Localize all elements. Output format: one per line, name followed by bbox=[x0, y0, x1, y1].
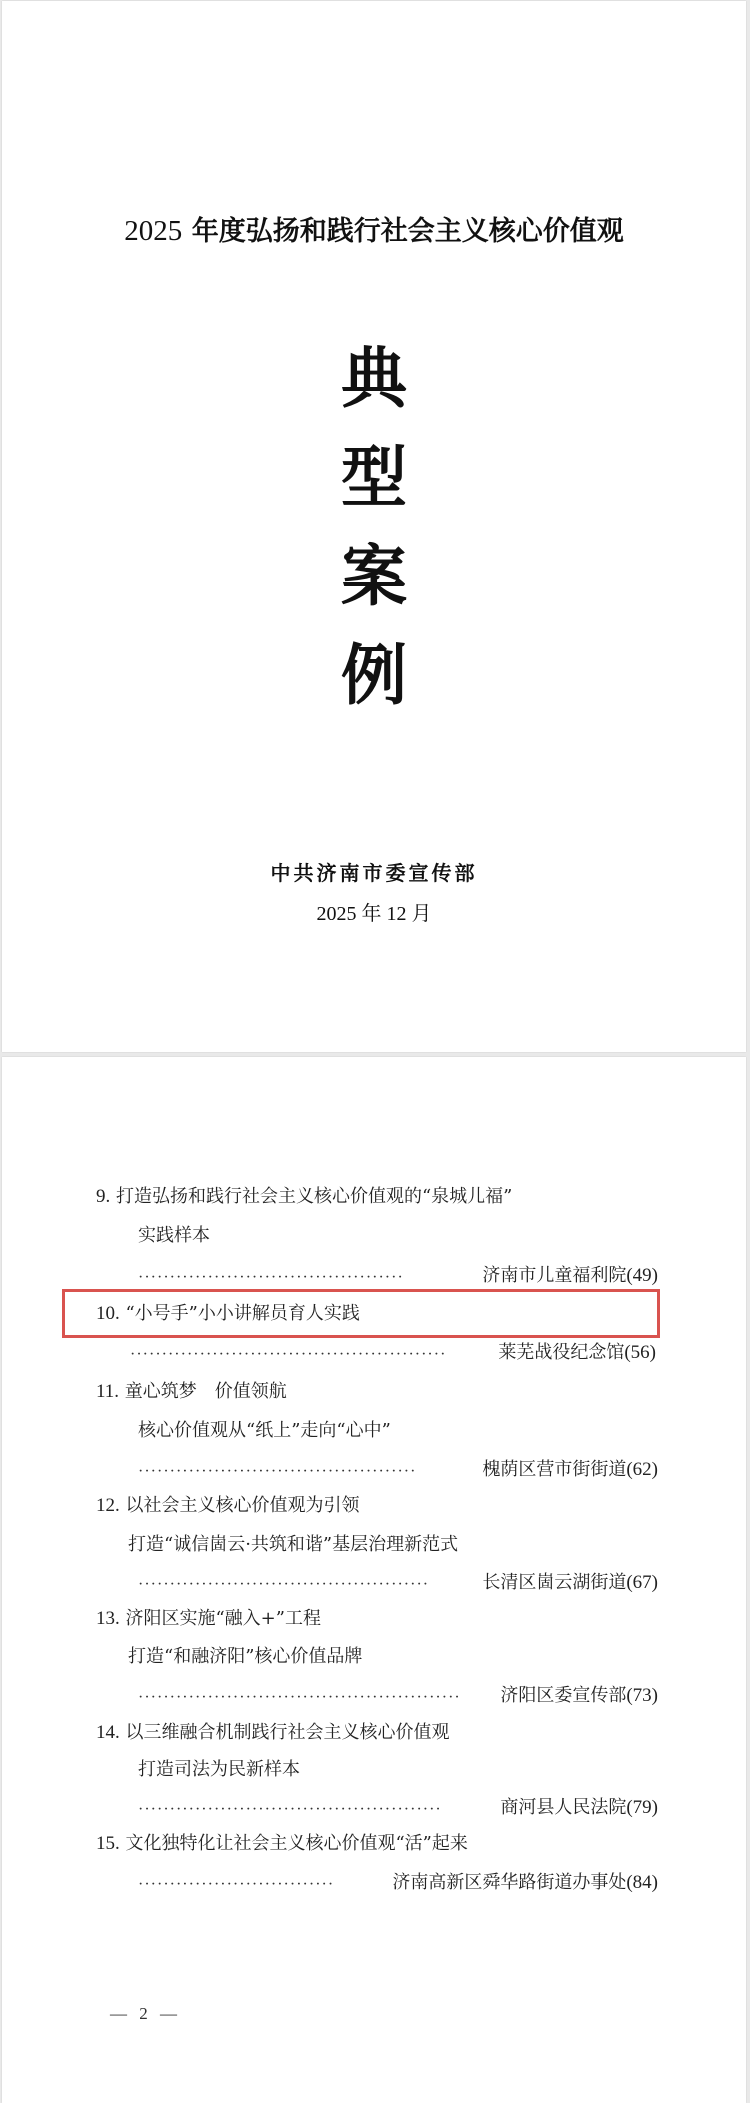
big-title-char-1: 典 bbox=[2, 345, 746, 411]
toc-entry-title: 9. 打造弘扬和践行社会主义核心价值观的“泉城儿福” bbox=[96, 1185, 512, 1209]
toc-entry-organization: 济阳区委宣传部 bbox=[500, 1681, 626, 1707]
toc-entry-title-line-2: 打造司法为民新样本 bbox=[138, 1758, 300, 1782]
toc-entry-organization: 济南市儿童福利院 bbox=[482, 1261, 626, 1287]
toc-entry-title: 12. 以社会主义核心价值观为引领 bbox=[96, 1494, 359, 1518]
cover-title-year: 2025 bbox=[124, 215, 182, 247]
cover-title: 2025 年度弘扬和践行社会主义核心价值观 bbox=[2, 209, 746, 248]
toc-entry-number: 9. bbox=[96, 1186, 110, 1207]
publisher-name: 中共济南市委宣传部 bbox=[2, 857, 746, 886]
toc-entry-leader-row: ········································… bbox=[130, 1340, 656, 1364]
toc-entry-organization: 长清区崮云湖街道 bbox=[482, 1568, 626, 1594]
dot-leader: ········································… bbox=[138, 1689, 500, 1707]
dot-leader: ········································… bbox=[138, 1463, 478, 1481]
toc-entry-number: 12. bbox=[96, 1495, 120, 1516]
big-title-char-4: 例 bbox=[2, 642, 746, 708]
toc-entry-organization: 济南高新区舜华路街道办事处 bbox=[392, 1868, 626, 1894]
toc-entry-organization: 商河县人民法院 bbox=[500, 1793, 626, 1819]
toc-entry-number: 10. bbox=[96, 1303, 120, 1324]
toc-entry-organization: 莱芜战役纪念馆 bbox=[498, 1338, 624, 1364]
big-title-char-2: 型 bbox=[2, 444, 746, 510]
toc-entry-page: (73) bbox=[626, 1685, 658, 1707]
dot-leader: ······························· bbox=[138, 1876, 388, 1894]
toc-entry-page: (67) bbox=[626, 1572, 658, 1594]
cover-page: 2025 年度弘扬和践行社会主义核心价值观 典 型 案 例 中共济南市委宣传部 … bbox=[2, 1, 746, 1052]
toc-page: 9. 打造弘扬和践行社会主义核心价值观的“泉城儿福” 实践样本 ········… bbox=[2, 1057, 746, 2103]
toc-entry-leader-row: ········································… bbox=[138, 1457, 658, 1481]
dot-leader: ········································… bbox=[138, 1801, 496, 1819]
page-number: — 2 — bbox=[110, 2004, 181, 2024]
toc-entry-title: 15. 文化独特化让社会主义核心价值观“活”起来 bbox=[96, 1832, 468, 1856]
toc-entry-page: (56) bbox=[624, 1342, 656, 1364]
toc-entry-leader-row: ········································… bbox=[138, 1263, 658, 1287]
toc-entry-organization: 槐荫区营市街街道 bbox=[482, 1455, 626, 1481]
toc-entry-number: 14. bbox=[96, 1722, 120, 1743]
cover-title-text: 年度弘扬和践行社会主义核心价值观 bbox=[192, 216, 624, 247]
dot-leader: ········································… bbox=[138, 1576, 482, 1594]
toc-entry-title: 11. 童心筑梦 价值领航 bbox=[96, 1380, 287, 1404]
big-title-char-3: 案 bbox=[2, 543, 746, 609]
toc-entry-page: (49) bbox=[626, 1265, 658, 1287]
toc-entry-title: 10. “小号手”小小讲解员育人实践 bbox=[96, 1302, 360, 1326]
toc-entry-leader-row: ········································… bbox=[138, 1683, 658, 1707]
toc-entry-title-line-2: 实践样本 bbox=[138, 1224, 210, 1248]
toc-entry-title-line-2: 打造“诚信崮云·共筑和谐”基层治理新范式 bbox=[128, 1533, 458, 1557]
dot-leader: ········································… bbox=[130, 1346, 498, 1364]
toc-entry-leader-row: ········································… bbox=[138, 1570, 658, 1594]
toc-entry-title-line-2: 打造“和融济阳”核心价值品牌 bbox=[128, 1645, 362, 1669]
dot-leader: ········································… bbox=[138, 1269, 478, 1287]
toc-entry-page: (79) bbox=[626, 1797, 658, 1819]
toc-entry-title: 13. 济阳区实施“融入+”工程 bbox=[96, 1607, 321, 1631]
toc-entry-leader-row: ········································… bbox=[138, 1795, 658, 1819]
toc-entry-title-line-2: 核心价值观从“纸上”走向“心中” bbox=[138, 1419, 391, 1443]
toc-entry-title: 14. 以三维融合机制践行社会主义核心价值观 bbox=[96, 1721, 449, 1745]
toc-entry-page: (62) bbox=[626, 1459, 658, 1481]
toc-entry-page: (84) bbox=[626, 1872, 658, 1894]
publication-date: 2025 年 12 月 bbox=[2, 897, 746, 926]
toc-entry-number: 11. bbox=[96, 1381, 119, 1402]
toc-entry-number: 15. bbox=[96, 1833, 120, 1854]
toc-entry-number: 13. bbox=[96, 1608, 120, 1629]
toc-entry-leader-row: ······························· 济南高新区舜华路… bbox=[138, 1870, 658, 1894]
